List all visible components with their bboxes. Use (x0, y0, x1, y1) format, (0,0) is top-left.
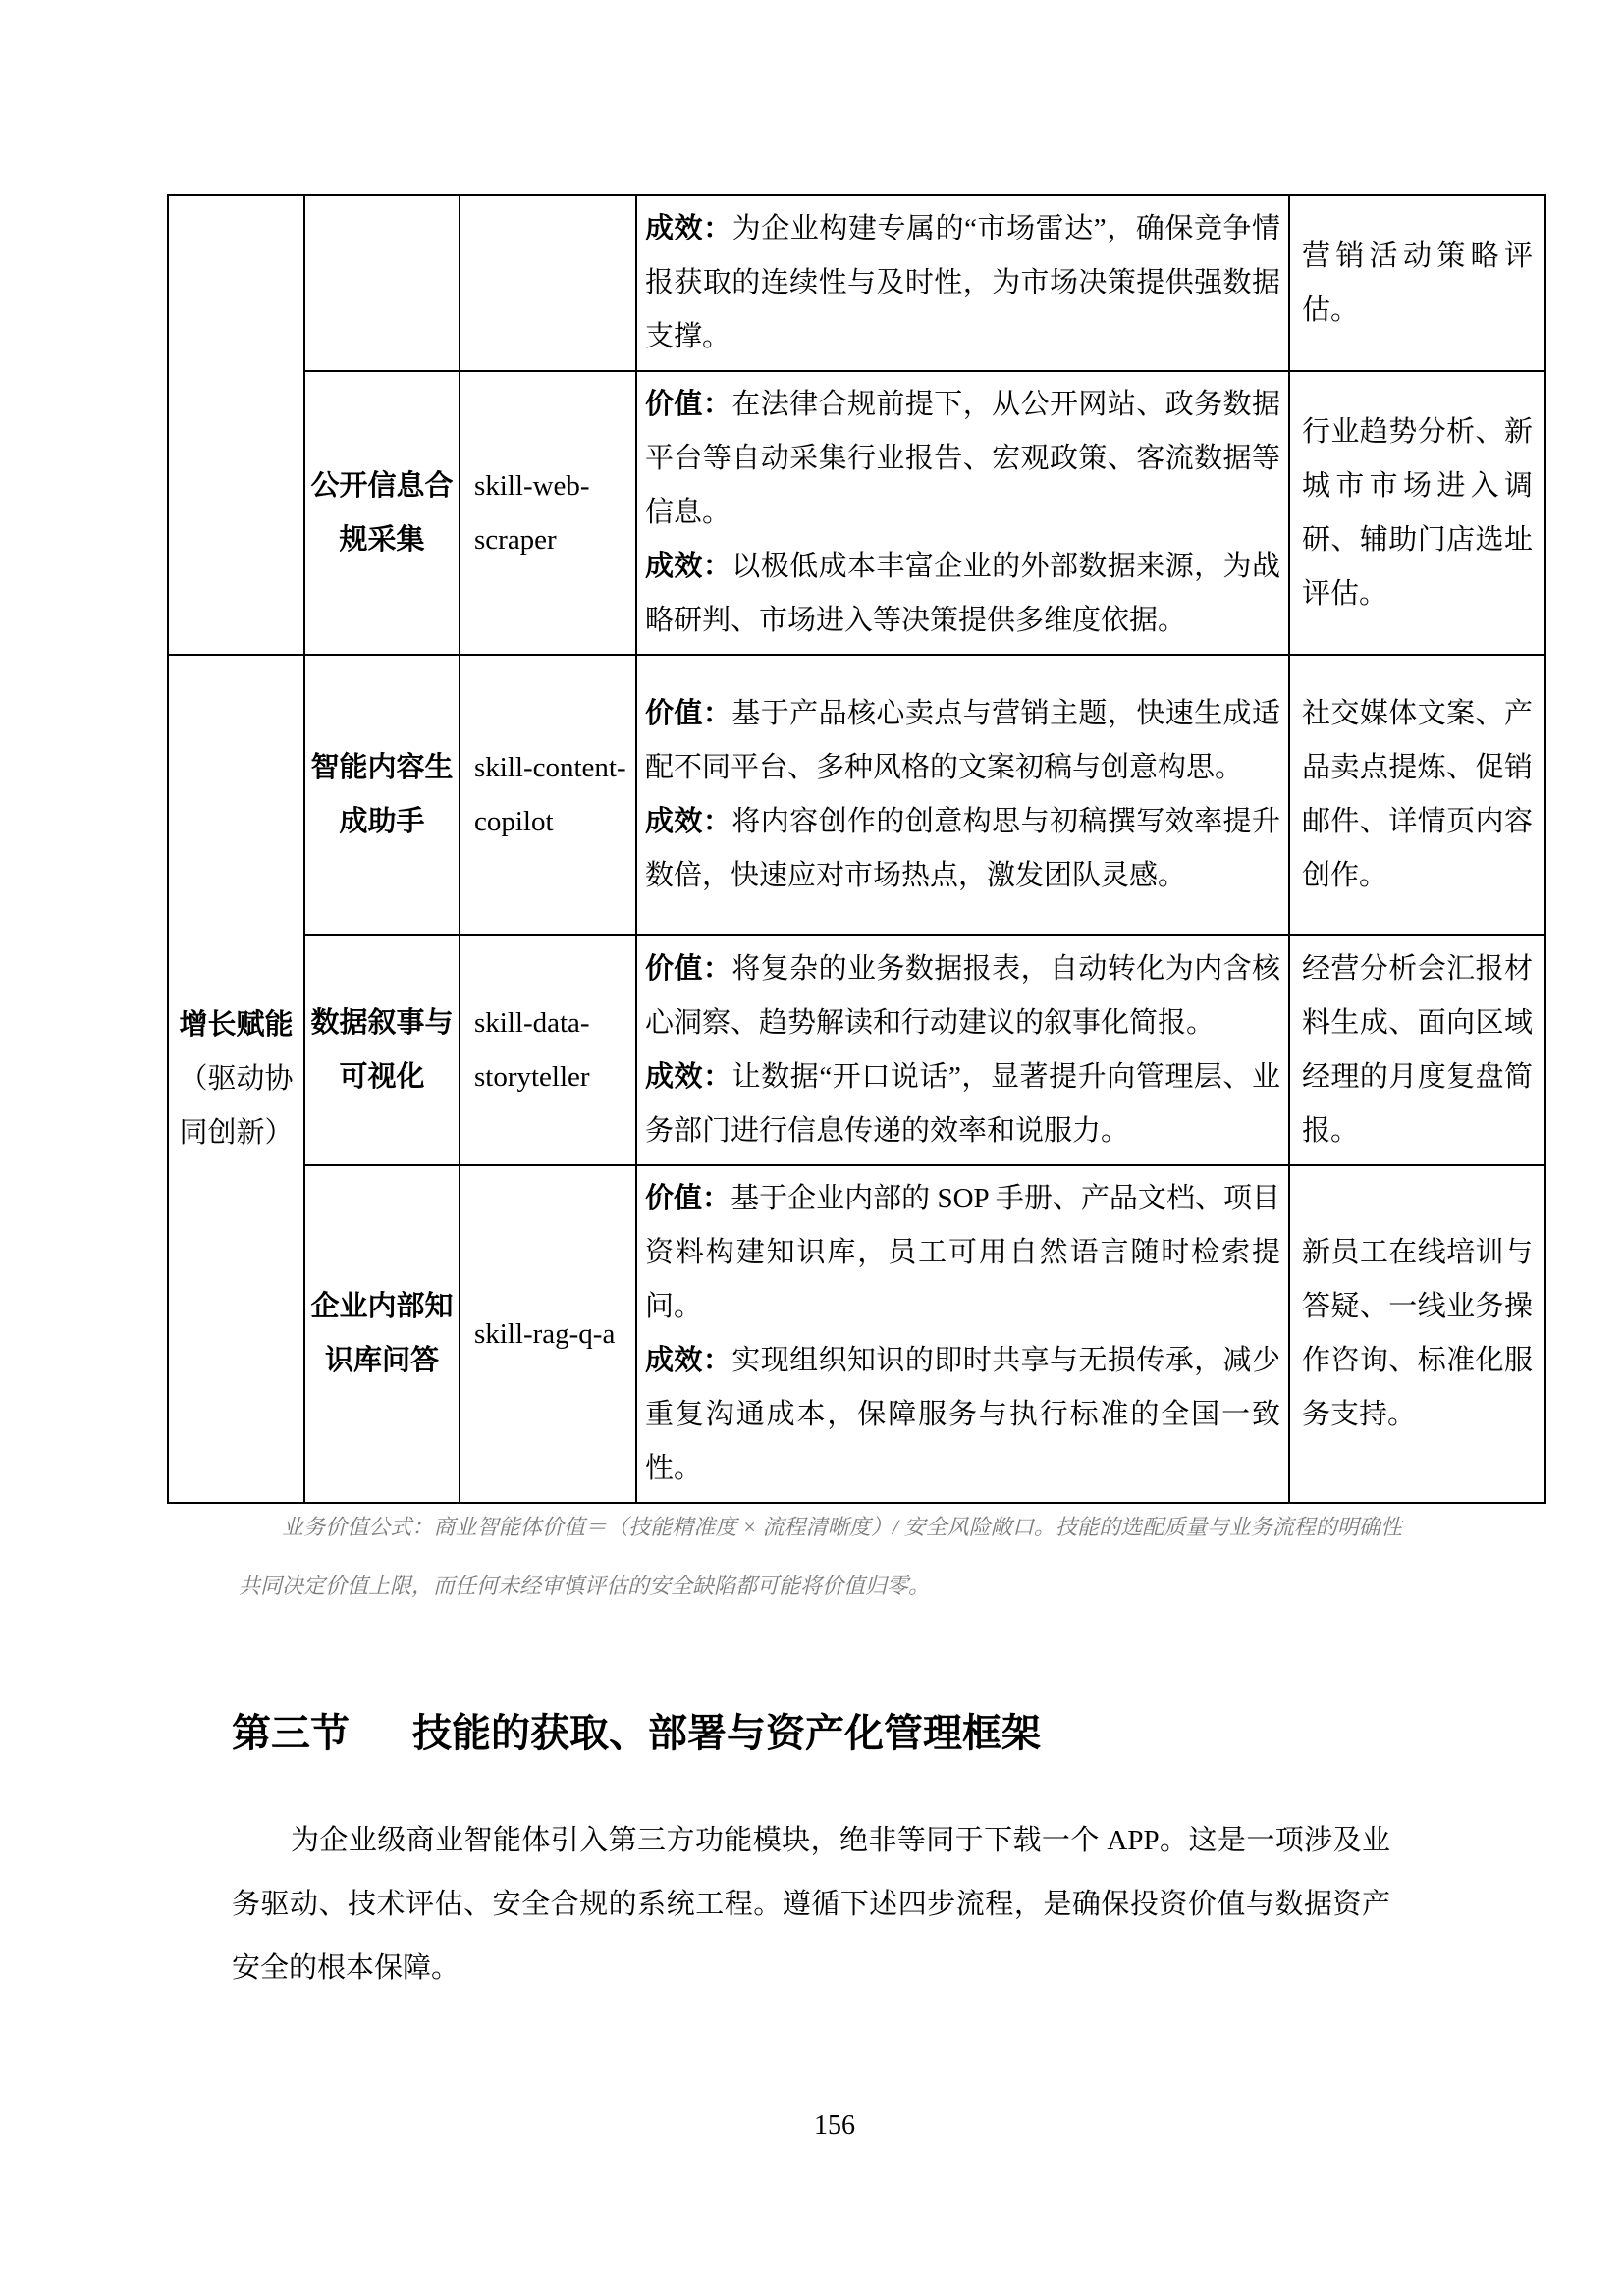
section-heading: 第三节技能的获取、部署与资产化管理框架 (232, 1706, 1041, 1761)
value-effect-cell: 价值：基于企业内部的 SOP 手册、产品文档、项目资料构建知识库，员工可用自然语… (636, 1165, 1289, 1503)
scenario-cell: 行业趋势分析、新城市市场进入调研、辅助门店选址评估。 (1289, 371, 1545, 655)
value-effect-cell: 成效：为企业构建专属的“市场雷达”，确保竞争情报获取的连续性与及时性，为市场决策… (636, 195, 1289, 371)
document-page: 成效：为企业构建专属的“市场雷达”，确保竞争情报获取的连续性与及时性，为市场决策… (0, 0, 1624, 2296)
skill-name-cell (304, 195, 460, 371)
effect-paragraph: 成效：实现组织知识的即时共享与无损传承，减少重复沟通成本，保障服务与执行标准的全… (645, 1334, 1280, 1496)
value-text: 基于企业内部的 SOP 手册、产品文档、项目资料构建知识库，员工可用自然语言随时… (645, 1183, 1280, 1322)
scenario-cell: 经营分析会汇报材料生成、面向区域经理的月度复盘简报。 (1289, 935, 1545, 1165)
skill-id-cell: skill-web-scraper (460, 371, 636, 655)
skill-id-cell: skill-content-copilot (460, 655, 636, 935)
table-row: 数据叙事与可视化 skill-data-storyteller 价值：将复杂的业… (168, 935, 1545, 1165)
skill-id-cell (460, 195, 636, 371)
value-label: 价值： (645, 1183, 731, 1214)
scenario-cell: 营销活动策略评估。 (1289, 195, 1545, 371)
section-title: 技能的获取、部署与资产化管理框架 (412, 1711, 1041, 1755)
scenario-cell: 新员工在线培训与答疑、一线业务操作咨询、标准化服务支持。 (1289, 1165, 1545, 1503)
value-text: 在法律合规前提下，从公开网站、政务数据平台等自动采集行业报告、宏观政策、客流数据… (645, 389, 1280, 528)
skill-id-cell: skill-rag-q-a (460, 1165, 636, 1503)
effect-label: 成效： (645, 551, 731, 582)
category-cell: 增长赋能 （驱动协同创新） (168, 655, 304, 1503)
skill-name-cell: 智能内容生成助手 (304, 655, 460, 935)
table-row: 企业内部知识库问答 skill-rag-q-a 价值：基于企业内部的 SOP 手… (168, 1165, 1545, 1503)
page-number: 156 (756, 2110, 913, 2142)
effect-text: 让数据“开口说话”，显著提升向管理层、业务部门进行信息传递的效率和说服力。 (645, 1061, 1280, 1147)
effect-text: 将内容创作的创意构思与初稿撰写效率提升数倍，快速应对市场热点，激发团队灵感。 (645, 806, 1280, 891)
effect-text: 实现组织知识的即时共享与无损传承，减少重复沟通成本，保障服务与执行标准的全国一致… (645, 1345, 1280, 1484)
table-row: 增长赋能 （驱动协同创新） 智能内容生成助手 skill-content-cop… (168, 655, 1545, 935)
skill-name-cell: 公开信息合规采集 (304, 371, 460, 655)
scenario-cell: 社交媒体文案、产品卖点提炼、促销邮件、详情页内容创作。 (1289, 655, 1545, 935)
value-label: 价值： (645, 389, 731, 420)
effect-paragraph: 成效：将内容创作的创意构思与初稿撰写效率提升数倍，快速应对市场热点，激发团队灵感… (645, 795, 1280, 903)
table-row: 公开信息合规采集 skill-web-scraper 价值：在法律合规前提下，从… (168, 371, 1545, 655)
value-label: 价值： (645, 953, 731, 985)
effect-paragraph: 成效：让数据“开口说话”，显著提升向管理层、业务部门进行信息传递的效率和说服力。 (645, 1050, 1280, 1158)
skill-id-cell: skill-data-storyteller (460, 935, 636, 1165)
skills-table: 成效：为企业构建专属的“市场雷达”，确保竞争情报获取的连续性与及时性，为市场决策… (167, 194, 1546, 1504)
effect-label: 成效： (645, 806, 731, 837)
value-effect-cell: 价值：将复杂的业务数据报表，自动转化为内含核心洞察、趋势解读和行动建议的叙事化简… (636, 935, 1289, 1165)
value-paragraph: 价值：在法律合规前提下，从公开网站、政务数据平台等自动采集行业报告、宏观政策、客… (645, 378, 1280, 540)
value-paragraph: 价值：将复杂的业务数据报表，自动转化为内含核心洞察、趋势解读和行动建议的叙事化简… (645, 942, 1280, 1050)
effect-label: 成效： (645, 213, 732, 244)
value-text: 将复杂的业务数据报表，自动转化为内含核心洞察、趋势解读和行动建议的叙事化简报。 (645, 953, 1280, 1039)
category-name: 增长赋能 (175, 998, 298, 1052)
category-cell-empty (168, 195, 304, 655)
table-row: 成效：为企业构建专属的“市场雷达”，确保竞争情报获取的连续性与及时性，为市场决策… (168, 195, 1545, 371)
effect-text: 以极低成本丰富企业的外部数据来源，为战略研判、市场进入等决策提供多维度依据。 (645, 551, 1280, 636)
value-label: 价值： (645, 698, 731, 729)
value-paragraph: 价值：基于产品核心卖点与营销主题，快速生成适配不同平台、多种风格的文案初稿与创意… (645, 687, 1280, 795)
table-footnote: 业务价值公式：商业智能体价值＝（技能精准度 × 流程清晰度）/ 安全风险敞口。技… (239, 1498, 1402, 1616)
effect-label: 成效： (645, 1061, 732, 1093)
category-subtitle: （驱动协同创新） (175, 1052, 298, 1160)
body-paragraph: 为企业级商业智能体引入第三方功能模块，绝非等同于下载一个 APP。这是一项涉及业… (232, 1809, 1390, 2001)
effect-paragraph: 成效：以极低成本丰富企业的外部数据来源，为战略研判、市场进入等决策提供多维度依据… (645, 540, 1280, 648)
value-text: 基于产品核心卖点与营销主题，快速生成适配不同平台、多种风格的文案初稿与创意构思。 (645, 698, 1280, 783)
value-effect-cell: 价值：基于产品核心卖点与营销主题，快速生成适配不同平台、多种风格的文案初稿与创意… (636, 655, 1289, 935)
effect-text: 为企业构建专属的“市场雷达”，确保竞争情报获取的连续性与及时性，为市场决策提供强… (645, 213, 1280, 352)
section-number: 第三节 (232, 1711, 350, 1755)
value-paragraph: 价值：基于企业内部的 SOP 手册、产品文档、项目资料构建知识库，员工可用自然语… (645, 1172, 1280, 1334)
effect-label: 成效： (645, 1345, 731, 1376)
effect-paragraph: 成效：为企业构建专属的“市场雷达”，确保竞争情报获取的连续性与及时性，为市场决策… (645, 202, 1280, 364)
value-effect-cell: 价值：在法律合规前提下，从公开网站、政务数据平台等自动采集行业报告、宏观政策、客… (636, 371, 1289, 655)
skill-name-cell: 企业内部知识库问答 (304, 1165, 460, 1503)
skill-name-cell: 数据叙事与可视化 (304, 935, 460, 1165)
